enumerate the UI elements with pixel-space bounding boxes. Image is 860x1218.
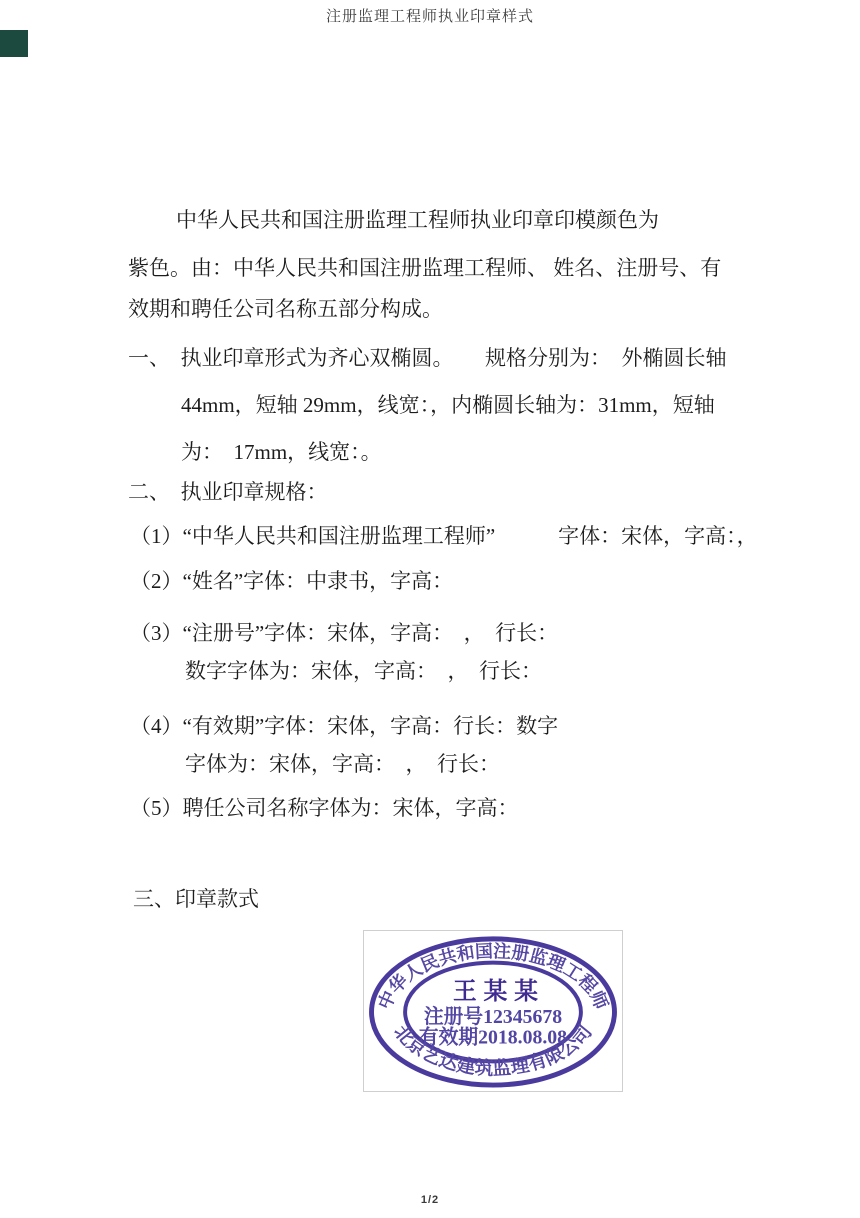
item3-heading: 三、印章款式 [133, 887, 259, 911]
spec-item-3-line-2: 数字字体为：宋体，字高： ， 行长： [185, 659, 542, 683]
seal-name-label: 王某某 [453, 977, 545, 1005]
seal-sample-image: 中华人民共和国注册监理工程师 北京艺达建筑监理有限公司 王某某 注册号12345… [363, 930, 623, 1092]
document-page: { "header": { "title": "注册监理工程师执业印章样式" }… [0, 0, 860, 1218]
document-title: 注册监理工程师执业印章样式 [0, 5, 860, 26]
spec-item-4-line-2: 字体为：宋体，字高： ， 行长： [185, 752, 500, 776]
spec-item-5: （5）聘任公司名称字体为：宋体，字高： [130, 796, 519, 820]
intro-paragraph-line-2: 紫色。由：中华人民共和国注册监理工程师、 姓名、注册号、有 [128, 256, 721, 280]
spec-item-3-line-1: （3）“注册号”字体：宋体，字高： ， 行长： [130, 621, 558, 645]
item2-heading: 二、 执业印章规格： [128, 480, 328, 504]
intro-paragraph-line-3: 效期和聘任公司名称五部分构成。 [128, 297, 443, 321]
seal-graphic: 中华人民共和国注册监理工程师 北京艺达建筑监理有限公司 王某某 注册号12345… [364, 931, 622, 1091]
margin-marker-icon [0, 30, 28, 57]
intro-paragraph-line-1: 中华人民共和国注册监理工程师执业印章印模颜色为 [176, 208, 659, 232]
item1-line-1: 一、 执业印章形式为齐心双椭圆。 规格分别为： 外椭圆长轴 [128, 346, 727, 370]
item1-line-2: 44mm，短轴 29mm，线宽：，内椭圆长轴为：31mm，短轴 [181, 393, 715, 417]
seal-validity-date: 有效期2018.08.08 [419, 1026, 567, 1049]
page-number: 1/2 [0, 1194, 860, 1206]
spec-item-2: （2）“姓名”字体：中隶书，字高： [130, 569, 453, 593]
seal-registration-number: 注册号12345678 [424, 1005, 562, 1028]
spec-item-4-line-1: （4）“有效期”字体：宋体，字高：行长：数字 [130, 714, 558, 738]
spec-item-1: （1）“中华人民共和国注册监理工程师” 字体：宋体，字高：， [130, 524, 758, 548]
item1-line-3: 为： 17mm，线宽：。 [181, 440, 382, 464]
